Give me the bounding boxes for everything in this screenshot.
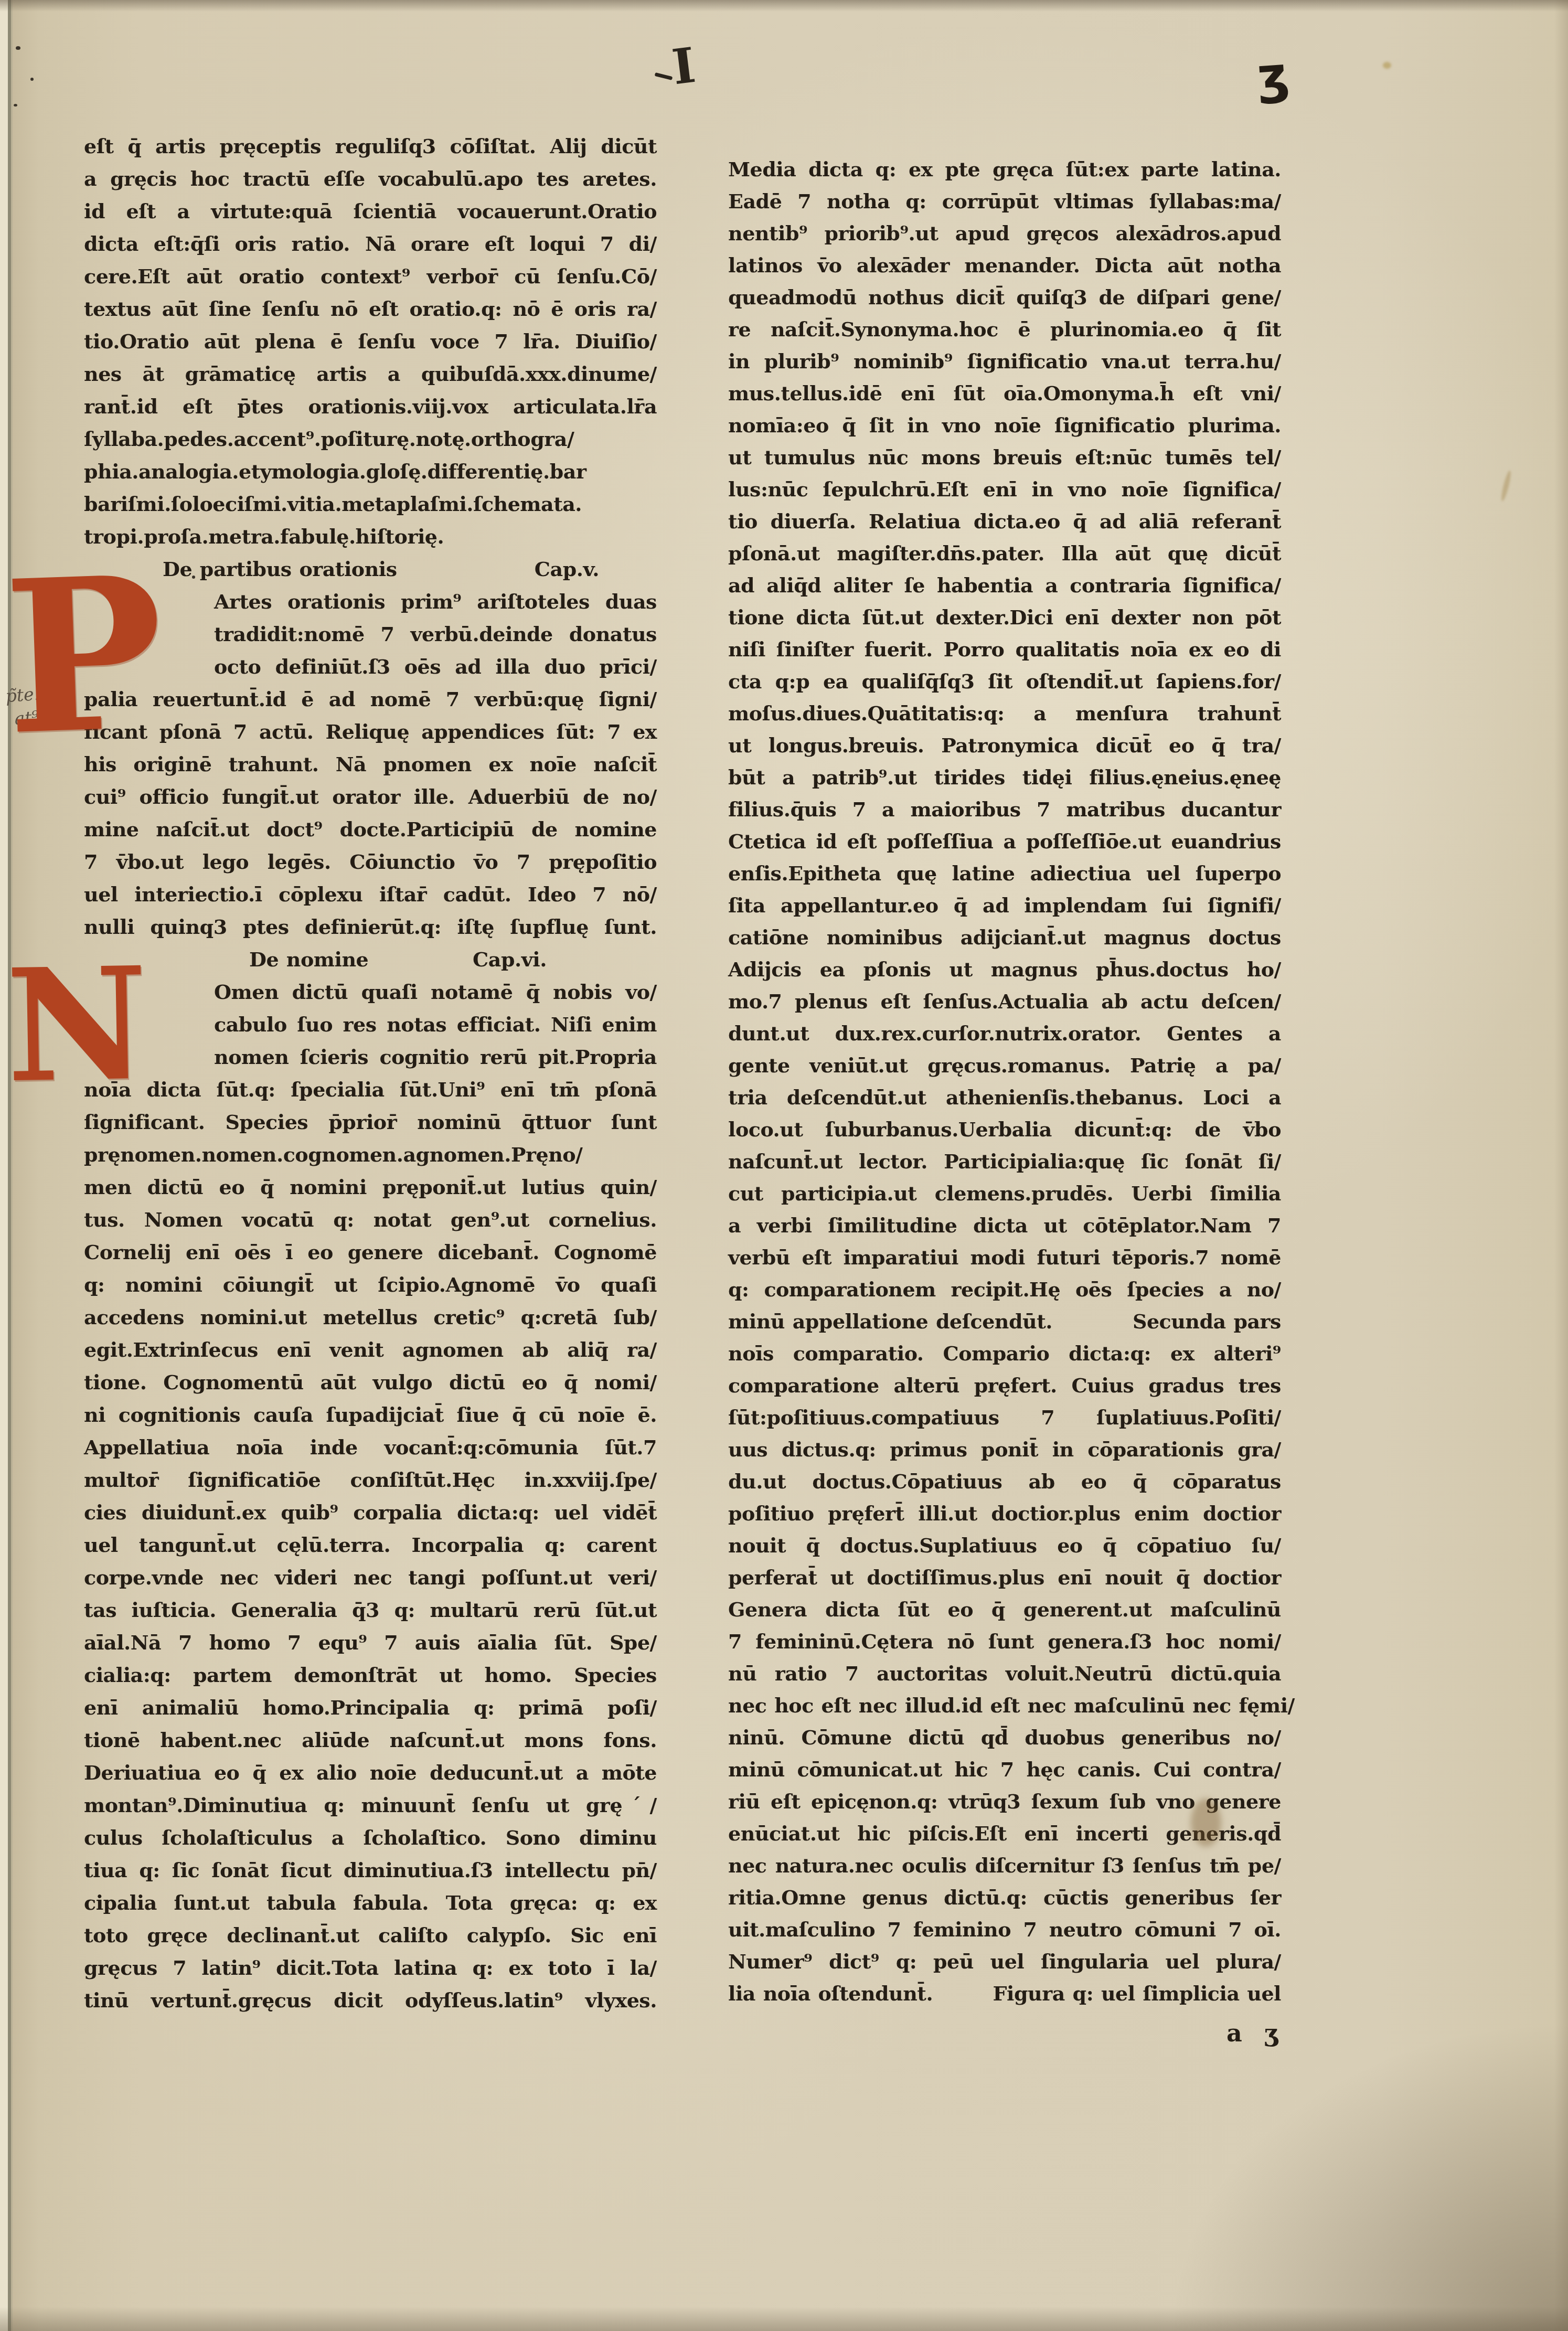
- text-line: minū appellatione deſcendūt.Secunda pars: [728, 1305, 1281, 1337]
- scan-edge-strip: [0, 0, 8, 2331]
- text-line: ſūt:poſitiuus.compatiuus 7 ſuplatiuus.Po…: [728, 1401, 1281, 1433]
- text-line: cabulo ſuo res notas efficiat. Niſi enim: [84, 1008, 657, 1041]
- text-line: eſt q̄ artis pręceptis reguliſq3 cōſiſta…: [84, 130, 657, 163]
- text-line: ad aliq̄d aliter ſe habentia a contraria…: [728, 569, 1281, 601]
- text-line: tio diuerſa. Relatiua dicta.eo q̄ ad ali…: [728, 505, 1281, 537]
- text-line: corpe.vnde nec videri nec tangi poſſunt.…: [84, 1561, 657, 1594]
- text-line: q: nomini cōiungit̄ ut ſcipio.Agnomē v̄o…: [84, 1269, 657, 1301]
- text-line: nouit q̄ doctus.Suplatiuus eo q̄ cōpatiu…: [728, 1529, 1281, 1561]
- text-line: rant̄.id eſt p̄tes orationis.viij.vox ar…: [84, 390, 657, 423]
- text-line: Deriuatiua eo q̄ ex alio noīe deducunt̄.…: [84, 1757, 657, 1789]
- text-segment: Cap.vi.: [473, 943, 547, 976]
- text-line: uit.maſculino 7 feminino 7 neutro cōmuni…: [728, 1913, 1281, 1945]
- text-line: cialia:q: partem demonſtrāt ut homo. Spe…: [84, 1659, 657, 1691]
- text-segment: minū appellatione deſcendūt.: [728, 1305, 1052, 1337]
- text-line: Numer⁹ dict⁹ q: peū uel ſingularia uel p…: [728, 1945, 1281, 1977]
- text-line: ficant pſonā 7 actū. Reliquę appendices …: [84, 716, 657, 748]
- text-line: a gręcis hoc tractū eſſe vocabulū.apo te…: [84, 163, 657, 195]
- text-line: toto gręce declinant̄.ut caliſto calypſo…: [84, 1919, 657, 1952]
- text-line: tionē habent.nec aliūde naſcunt̄.ut mons…: [84, 1724, 657, 1757]
- text-line: 7 v̄bo.ut lego legēs. Cōiunctio v̄o 7 pr…: [84, 846, 657, 878]
- text-segment: Cap.v.: [535, 553, 599, 586]
- text-line: cipalia ſunt.ut tabula fabula. Tota gręc…: [84, 1887, 657, 1919]
- text-line: moſus.diues.Quātitatis:q: a menſura trah…: [728, 697, 1281, 729]
- rubricated-initial-N: N: [5, 968, 148, 1082]
- text-line: nomen ſcieris cognitio rerū pit.Propria: [84, 1041, 657, 1073]
- text-line: 7 femininū.Cętera nō ſunt genera.ſ3 hoc …: [728, 1625, 1281, 1657]
- text-line: tropi.proſa.metra.fabulę.hiſtorię.: [84, 520, 657, 553]
- text-line: cies diuidunt̄.ex quib⁹ corpalia dicta:q…: [84, 1496, 657, 1529]
- text-line: ſignificant. Species p̄prior̄ nominū q̄t…: [84, 1106, 657, 1138]
- text-line: loco.ut ſuburbanus.Uerbalia dicunt̄:q: d…: [728, 1113, 1281, 1145]
- ink-dash: [655, 72, 673, 80]
- text-line: De partibus orationisCap.v.: [84, 553, 657, 586]
- ink-speck: [16, 46, 20, 50]
- text-line: uel tangunt̄.ut cęlū.terra. Incorpalia q…: [84, 1529, 657, 1561]
- text-line: uus dictus.q: primus ponit̄ in cōparatio…: [728, 1433, 1281, 1465]
- text-line: dicta eſt:q̄ſi oris ratio. Nā orare eſt …: [84, 228, 657, 260]
- text-line: Genera dicta ſūt eo q̄ generent.ut maſcu…: [728, 1593, 1281, 1625]
- text-segment: Secunda pars: [1133, 1305, 1281, 1337]
- text-line: enī animaliū homo.Principalia q: primā p…: [84, 1691, 657, 1724]
- text-line: his originē trahunt. Nā pnomen ex noīe n…: [84, 748, 657, 781]
- text-line: būt a patrib⁹.ut tirides tidęi filius.ęn…: [728, 761, 1281, 793]
- text-line: lus:nūc ſepulchrū.Eſt enī in vno noīe ſi…: [728, 473, 1281, 505]
- text-line: nec natura.nec oculis diſcernitur ſ3 ſen…: [728, 1849, 1281, 1881]
- text-line: tinū vertunt̄.gręcus dicit odyſſeus.lati…: [84, 1984, 657, 2017]
- text-line: ritia.Omne genus dictū.q: cūctis generib…: [728, 1881, 1281, 1913]
- text-line: ſyllaba.pedes.accent⁹.poſiturę.notę.orth…: [84, 423, 657, 455]
- text-line: ut tumulus nūc mons breuis eſt:nūc tumēs…: [728, 441, 1281, 473]
- text-line: tiua q: ſic ſonāt ſicut diminutiua.ſ3 in…: [84, 1854, 657, 1887]
- text-segment: De partibus orationis: [163, 553, 397, 586]
- text-line: verbū eſt imparatiui modi futuri tēporis…: [728, 1241, 1281, 1273]
- text-line: egit.Extrinſecus enī venit agnomen ab al…: [84, 1334, 657, 1366]
- text-line: Artes orationis prim⁹ ariſtoteles duas: [84, 586, 657, 618]
- rubricated-initial-P: P: [3, 578, 165, 734]
- text-line: cta q:p ea qualiſq̄ſq3 ſit oſtendit̄.ut …: [728, 665, 1281, 697]
- page-edge-highlight: [11, 0, 13, 2331]
- text-line: gręcus 7 latin⁹ dicit.Tota latina q: ex …: [84, 1952, 657, 1984]
- text-line: nec hoc eſt nec illud.id eſt nec maſculi…: [728, 1689, 1281, 1721]
- text-line: gente veniūt.ut gręcus.romanus. Patrię a…: [728, 1049, 1281, 1081]
- text-segment: Figura q: uel ſimplicia uel: [993, 1977, 1281, 2009]
- text-line: pſonā.ut magiſter.dn̄s.pater. Illa aūt q…: [728, 537, 1281, 569]
- text-column-left: P N eſt q̄ artis pręceptis reguliſq3 cōſ…: [84, 130, 657, 2017]
- text-line: perferat̄ ut doctiſſimus.plus enī nouit …: [728, 1561, 1281, 1593]
- quire-signature: a ʒ: [1226, 2019, 1278, 2047]
- text-line: octo definiūt.ſ3 oēs ad illa duo prīci/: [84, 651, 657, 683]
- text-line: multor̄ ſignificatiōe conſiſtūt.Hęc in.x…: [84, 1464, 657, 1496]
- text-line: nulli quinq3 ptes definierūt.q: iſtę ſup…: [84, 911, 657, 943]
- text-line: mine naſcit̄.ut doct⁹ docte.Participiū d…: [84, 813, 657, 846]
- text-line: aīal.Nā 7 homo 7 equ⁹ 7 auis aīalia ſūt.…: [84, 1626, 657, 1659]
- text-line: Media dicta q: ex pte gręca ſūt:ex parte…: [728, 153, 1281, 185]
- text-line: filius.q̄uis 7 a maioribus 7 matribus du…: [728, 793, 1281, 825]
- text-line: minū cōmunicat.ut hic 7 hęc canis. Cui c…: [728, 1753, 1281, 1785]
- text-line: dunt.ut dux.rex.curſor.nutrix.orator. Ge…: [728, 1017, 1281, 1049]
- text-line: nū ratio 7 auctoritas voluit.Neutrū dict…: [728, 1657, 1281, 1689]
- paper-stain: [1500, 470, 1512, 502]
- text-column-right: Media dicta q: ex pte gręca ſūt:ex parte…: [728, 153, 1281, 2009]
- text-line: textus aūt ſine ſenſu nō eſt oratio.q: n…: [84, 293, 657, 325]
- text-line: latinos v̄o alexāder menander. Dicta aūt…: [728, 249, 1281, 281]
- text-line: ninū. Cōmune dictū qd̄ duobus generibus …: [728, 1721, 1281, 1753]
- text-segment: De nomine: [249, 943, 368, 976]
- text-line: queadmodū nothus dicit̄ quiſq3 de diſpar…: [728, 281, 1281, 313]
- text-line: tradidit:nomē 7 verbū.deinde donatus: [84, 618, 657, 651]
- text-line: culus ſcholaſticulus a ſcholaſtico. Sono…: [84, 1822, 657, 1854]
- top-shadow: [0, 0, 1568, 12]
- text-line: tas iuſticia. Generalia q̄3 q: multarū r…: [84, 1594, 657, 1626]
- folio-mark: I: [669, 37, 699, 95]
- book-page: I ʒ p̃te.es at⁹ P N eſt q̄ artis pręcept…: [0, 0, 1568, 2331]
- ink-speck: [30, 78, 34, 81]
- text-line: catiōne nominibus adijciant̄.ut magnus d…: [728, 921, 1281, 953]
- text-line: poſitiuo pręfert̄ illi.ut doctior.plus e…: [728, 1497, 1281, 1529]
- page-number: ʒ: [1255, 45, 1291, 106]
- text-line: cui⁹ officio fungit̄.ut orator ille. Adu…: [84, 781, 657, 813]
- text-line: Ctetica id eſt poſſeſſiua a poſſeſſiōe.u…: [728, 825, 1281, 857]
- text-line: ut longus.breuis. Patronymica dicūt̄ eo …: [728, 729, 1281, 761]
- text-line: pręnomen.nomen.cognomen.agnomen.Pręno/: [84, 1138, 657, 1171]
- text-line: accedens nomini.ut metellus cretic⁹ q:cr…: [84, 1301, 657, 1334]
- text-line: re naſcit̄.Synonyma.hoc ē plurinomia.eo …: [728, 313, 1281, 345]
- text-line: mo.7 plenus eſt ſenſus.Actualia ab actu …: [728, 985, 1281, 1017]
- text-line: in plurib⁹ nominib⁹ ſignificatio vna.ut …: [728, 345, 1281, 377]
- text-line: Eadē 7 notha q: corrūpūt vltimas ſyllaba…: [728, 185, 1281, 217]
- text-line: Cornelij enī oēs ī eo genere dicebant̄. …: [84, 1236, 657, 1269]
- text-line: cut participia.ut clemens.prudēs. Uerbi …: [728, 1177, 1281, 1209]
- text-segment: lia noīa oſtendunt̄.: [728, 1977, 933, 2009]
- text-line: noīa dicta ſūt.q: ſpecialia ſūt.Uni⁹ enī…: [84, 1073, 657, 1106]
- text-line: Appellatiua noīa inde vocant̄:q:cōmunia …: [84, 1431, 657, 1464]
- text-line: comparatione alterū pręfert. Cuius gradu…: [728, 1369, 1281, 1401]
- text-line: naſcunt̄.ut lector. Participialia:quę ſi…: [728, 1145, 1281, 1177]
- text-line: tione dicta ſūt.ut dexter.Dici enī dexte…: [728, 601, 1281, 633]
- text-line: tione. Cognomentū aūt vulgo dictū eo q̄ …: [84, 1366, 657, 1399]
- text-line: Omen dictū quaſi notamē q̄ nobis vo/: [84, 976, 657, 1008]
- text-line: tus. Nomen vocatū q: notat gen⁹.ut corne…: [84, 1204, 657, 1236]
- text-line: bariſmi.ſoloeciſmi.vitia.metaplaſmi.ſche…: [84, 488, 657, 520]
- paper-stain: [1383, 62, 1391, 69]
- text-line: enſis.Epitheta quę latine adiectiua uel …: [728, 857, 1281, 889]
- text-line: tio.Oratio aūt plena ē ſenſu voce 7 lr̄a…: [84, 325, 657, 358]
- text-line: Adijcis ea pſonis ut magnus ph̄us.doctus…: [728, 953, 1281, 985]
- text-line: cere.Eſt aūt oratio context⁹ verbor̄ cū …: [84, 260, 657, 293]
- text-line: montan⁹.Diminutiua q: minuunt̄ ſenſu ut …: [84, 1789, 657, 1822]
- right-shadow: [1554, 0, 1568, 2331]
- text-line: phia.analogia.etymologia.gloſę.different…: [84, 455, 657, 488]
- text-line: du.ut doctus.Cōpatiuus ab eo q̄ cōparatu…: [728, 1465, 1281, 1497]
- text-line: nentib⁹ priorib⁹.ut apud gręcos alexādro…: [728, 217, 1281, 249]
- text-line: De nomineCap.vi.: [84, 943, 657, 976]
- text-line: ni cognitionis cauſa ſupadijciat̄ ſiue q…: [84, 1399, 657, 1431]
- text-line: uel interiectio.ī cōplexu iſtar̄ cadūt. …: [84, 878, 657, 911]
- text-line: nomīa:eo q̄ ſit in vno noīe ſignificatio…: [728, 409, 1281, 441]
- ink-speck: [192, 576, 195, 579]
- text-line: tria deſcendūt.ut athenienſis.thebanus. …: [728, 1081, 1281, 1113]
- text-line: q: comparationem recipit.Hę oēs ſpecies …: [728, 1273, 1281, 1305]
- text-line: a verbi ſimilitudine dicta ut cōtēplator…: [728, 1209, 1281, 1241]
- text-line: mus.tellus.idē enī ſūt oīa.Omonyma.h̄ eſ…: [728, 377, 1281, 409]
- text-line: niſi ſiniſter fuerit. Porro qualitatis n…: [728, 633, 1281, 665]
- text-line: men dictū eo q̄ nomini pręponit̄.ut luti…: [84, 1171, 657, 1204]
- text-line: nes āt grāmaticę artis a quibuſdā.xxx.di…: [84, 358, 657, 390]
- ink-speck: [14, 104, 17, 107]
- text-line: palia reuertunt̄.id ē ad nomē 7 verbū:qu…: [84, 683, 657, 716]
- text-line: ſita appellantur.eo q̄ ad implendam ſui …: [728, 889, 1281, 921]
- text-line: id eſt a virtute:quā ſcientiā vocauerunt…: [84, 195, 657, 228]
- text-line: noīs comparatio. Compario dicta:q: ex al…: [728, 1337, 1281, 1369]
- text-line: lia noīa oſtendunt̄.Figura q: uel ſimpli…: [728, 1977, 1281, 2009]
- paper-stain: [1191, 1798, 1221, 1847]
